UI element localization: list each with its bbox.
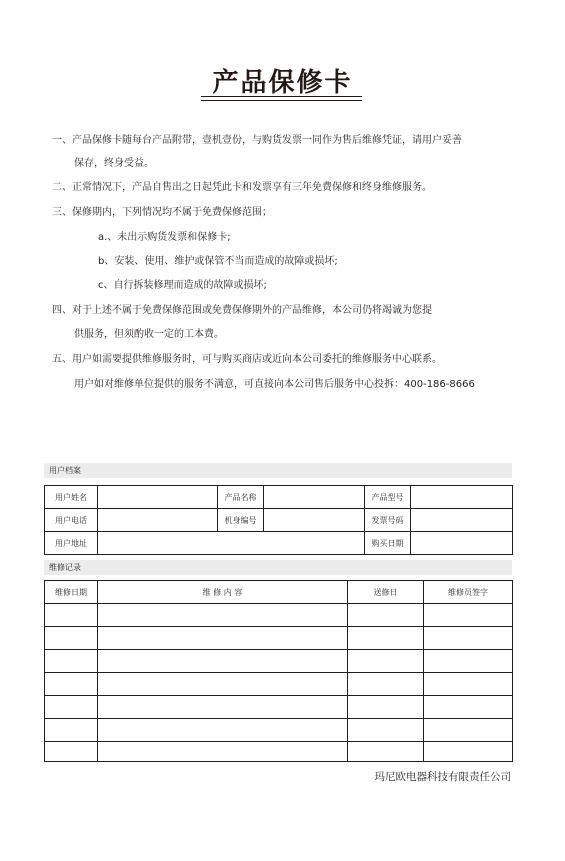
term-5-line-1: 五、用户如需要提供维修服务时，可与购买商店或近向本公司委托的维修服务中心联系。 [52,354,442,366]
table-row [45,627,513,650]
product-model-field[interactable] [411,486,513,509]
purchase-date-label: 购买日期 [365,532,411,555]
product-model-label: 产品型号 [365,486,411,509]
user-profile-table: 用户姓名 产品名称 产品型号 用户电话 机身编号 发票号码 用户地址 购买日期 [44,485,513,555]
table-row: 用户姓名 产品名称 产品型号 [45,486,513,509]
repair-date-cell[interactable] [45,650,98,673]
term-3-subitem-a: a.、未出示购货发票和保修卡; [98,232,231,244]
repair-content-cell[interactable] [98,719,348,742]
term-2-line-1: 二、正常情况下，产品自售出之日起凭此卡和发票享有三年免费保修和终身维修服务。 [52,182,432,194]
table-row [45,673,513,696]
repair-content-cell[interactable] [98,696,348,719]
submit-date-cell[interactable] [348,650,424,673]
header-repair-date: 维修日期 [45,581,98,604]
table-row [45,719,513,742]
term-3-subitem-c: c、自行拆装修理而造成的故障或损坏; [98,280,267,292]
table-row: 用户电话 机身编号 发票号码 [45,509,513,532]
user-address-field[interactable] [98,532,365,555]
user-phone-label: 用户电话 [45,509,98,532]
user-name-label: 用户姓名 [45,486,98,509]
page-title: 产品保修卡 [0,62,565,99]
repair-date-cell[interactable] [45,719,98,742]
repair-date-cell[interactable] [45,742,98,762]
term-4-line-2: 供服务，但须酌收一定的工本费。 [74,329,224,341]
purchase-date-field[interactable] [411,532,513,555]
signature-cell[interactable] [424,650,513,673]
company-name: 玛尼欧电器科技有限责任公司 [375,769,512,784]
signature-cell[interactable] [424,673,513,696]
submit-date-cell[interactable] [348,719,424,742]
submit-date-cell[interactable] [348,627,424,650]
table-row [45,650,513,673]
title-double-underline [201,96,362,101]
table-row [45,604,513,627]
user-address-label: 用户地址 [45,532,98,555]
repair-content-cell[interactable] [98,673,348,696]
user-profile-section-label: 用户档案 [44,463,512,478]
table-row [45,742,513,762]
product-name-field[interactable] [264,486,365,509]
serial-number-field[interactable] [264,509,365,532]
table-row: 用户地址 购买日期 [45,532,513,555]
submit-date-cell[interactable] [348,696,424,719]
repair-content-cell[interactable] [98,627,348,650]
term-4-line-1: 四、对于上述不属于免费保修范围或免费保修期外的产品维修，本公司仍将竭诚为您提 [52,305,432,317]
repair-content-cell[interactable] [98,742,348,762]
product-name-label: 产品名称 [218,486,264,509]
signature-cell[interactable] [424,742,513,762]
header-technician-signature: 维修员签字 [424,581,513,604]
repair-date-cell[interactable] [45,696,98,719]
user-phone-field[interactable] [98,509,218,532]
submit-date-cell[interactable] [348,742,424,762]
repair-content-cell[interactable] [98,650,348,673]
signature-cell[interactable] [424,696,513,719]
term-5-line-2: 用户如对维修单位提供的服务不满意，可直接向本公司售后服务中心投拆：400-186… [74,379,475,391]
submit-date-cell[interactable] [348,673,424,696]
signature-cell[interactable] [424,719,513,742]
repair-record-section-label: 维修记录 [44,560,512,575]
table-header-row: 维修日期 维 修 内 容 送修日 维修员签字 [45,581,513,604]
header-repair-content: 维 修 内 容 [98,581,348,604]
submit-date-cell[interactable] [348,604,424,627]
repair-date-cell[interactable] [45,604,98,627]
header-submit-date: 送修日 [348,581,424,604]
table-row [45,696,513,719]
repair-record-table: 维修日期 维 修 内 容 送修日 维修员签字 [44,580,513,762]
invoice-number-label: 发票号码 [365,509,411,532]
invoice-number-field[interactable] [411,509,513,532]
term-3-subitem-b: b、安装、使用、维护或保管不当而造成的故障或损坏; [98,256,338,268]
serial-number-label: 机身编号 [218,509,264,532]
repair-date-cell[interactable] [45,673,98,696]
term-1-line-2: 保存，终身受益。 [74,158,154,170]
repair-date-cell[interactable] [45,627,98,650]
term-3-line-1: 三、保修期内，下列情况均不属于免费保修范围； [52,207,272,219]
signature-cell[interactable] [424,604,513,627]
repair-content-cell[interactable] [98,604,348,627]
term-1-line-1: 一、产品保修卡随每台产品附带，壹机壹份，与购货发票一同作为售后维修凭证，请用户妥… [52,135,462,147]
user-name-field[interactable] [98,486,218,509]
signature-cell[interactable] [424,627,513,650]
